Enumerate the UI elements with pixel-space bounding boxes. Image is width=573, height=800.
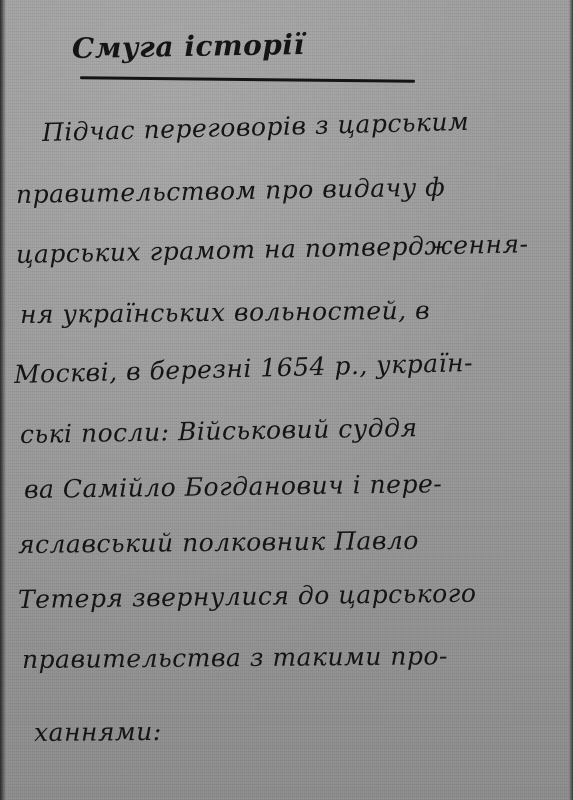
manuscript-line: ханнями:	[34, 717, 162, 747]
manuscript-line: яславський полковник Павло	[18, 526, 419, 559]
manuscript-title: Смуга історії	[72, 28, 305, 65]
manuscript-line: правительством про видачу ф	[16, 173, 446, 209]
page-edge-shadow-right	[569, 0, 573, 800]
manuscript-line: царських грамот на потвердження-	[16, 229, 529, 269]
manuscript-line: Москві, в березні 1654 р., україн-	[14, 348, 474, 389]
manuscript-page: Смуга історії Підчас переговорів з царсь…	[0, 0, 573, 800]
manuscript-line: правительства з такими про-	[22, 641, 448, 674]
manuscript-line: ва Самійло Богданович і пере-	[24, 469, 443, 504]
title-underline	[80, 76, 415, 83]
manuscript-line: ські посли: Військовий суддя	[20, 413, 418, 449]
manuscript-line: Підчас переговорів з царським	[42, 107, 470, 147]
manuscript-line: ня українських вольностей, в	[20, 296, 430, 329]
manuscript-line: Тетеря звернулися до царського	[18, 579, 477, 614]
page-edge-shadow-left	[0, 0, 6, 800]
